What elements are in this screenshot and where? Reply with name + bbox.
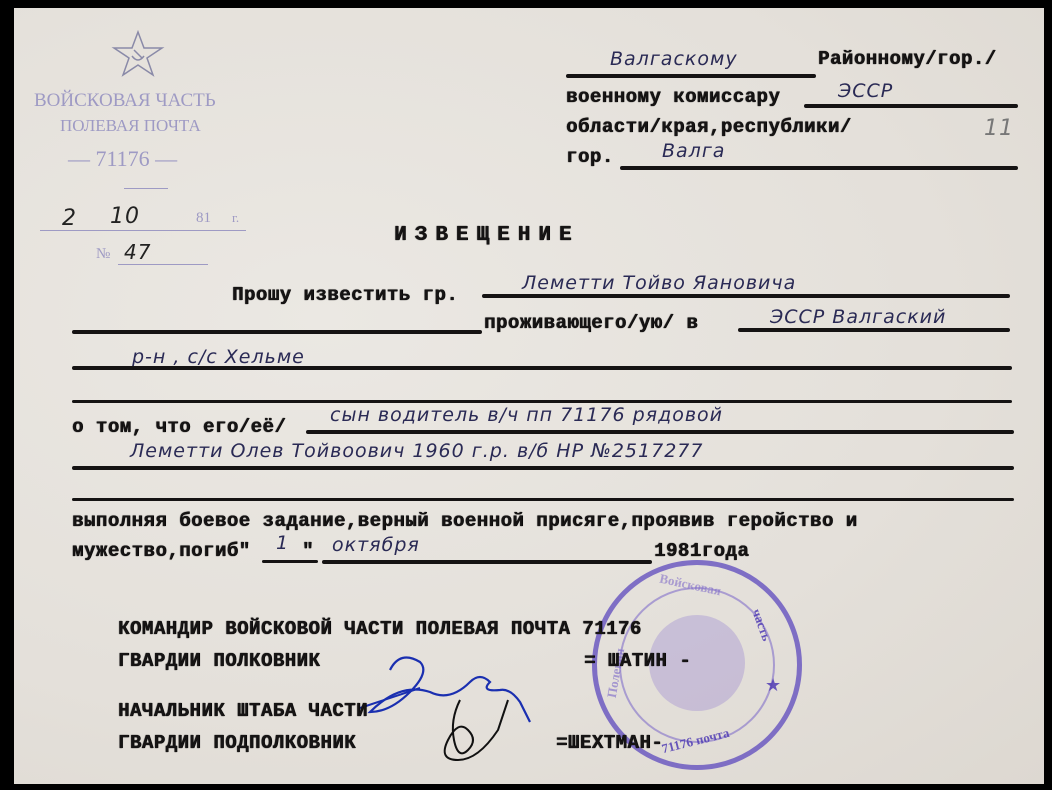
chief-of-staff-signature xyxy=(410,690,530,770)
margin-mark: 11 xyxy=(984,116,1014,141)
red-star-hammer-sickle-icon xyxy=(110,30,166,78)
death-day-handwritten: 1 xyxy=(276,532,289,554)
request-printed: Прошу известить гр. xyxy=(232,284,458,306)
addressee-line1-printed: Районному/гор./ xyxy=(818,48,997,70)
stamp-military-unit: ВОЙСКОВАЯ ЧАСТЬ xyxy=(34,90,216,112)
residing-printed: проживающего/ую/ в xyxy=(484,312,698,334)
addressee-republic-handwritten: ЭССР xyxy=(838,80,893,102)
issue-date-day: 2 xyxy=(62,206,77,231)
soldier-details-handwritten: Леметти Олев Тойвоович 1960 г.р. в/б НР … xyxy=(130,440,703,462)
rule xyxy=(72,330,482,334)
rule xyxy=(72,400,1012,403)
rule xyxy=(72,498,1014,501)
rule xyxy=(620,166,1018,170)
death-day-quote: " xyxy=(302,540,314,562)
death-month-handwritten: октября xyxy=(332,534,420,556)
rule xyxy=(72,466,1014,470)
rule xyxy=(566,74,816,78)
addressee-city-handwritten: Валга xyxy=(662,140,725,162)
district-village-handwritten: р-н , с/с Хельме xyxy=(132,346,305,368)
duty-printed: выполняя боевое задание,верный военной п… xyxy=(72,510,858,532)
document-number: 47 xyxy=(124,240,151,264)
stamp-divider xyxy=(124,188,168,189)
addressee-line2-printed: военному комиссару xyxy=(566,86,780,108)
chief-of-staff-rank: ГВАРДИИ ПОДПОЛКОВНИК xyxy=(118,732,356,754)
chief-of-staff-title: НАЧАЛЬНИК ШТАБА ЧАСТИ xyxy=(118,700,368,722)
addressee-line4-printed: гор. xyxy=(566,146,614,168)
relation-handwritten: сын водитель в/ч пп 71176 рядовой xyxy=(330,404,723,426)
about-printed: о том, что его/её/ xyxy=(72,416,286,438)
residence-handwritten: ЭССР Валгаский xyxy=(770,306,946,328)
stamp-field-post: ПОЛЕВАЯ ПОЧТА xyxy=(60,116,201,136)
rule xyxy=(482,294,1010,298)
addressee-district-handwritten: Валгаскому xyxy=(610,48,738,70)
chief-of-staff-name: =ШЕХТМАН- xyxy=(556,732,663,754)
number-underline xyxy=(118,264,208,265)
issue-date-month: 10 xyxy=(110,204,140,229)
date-underline xyxy=(40,230,246,231)
issue-date-year-suffix: г. xyxy=(232,210,239,226)
rule xyxy=(306,430,1014,434)
stamp-unit-number: — 71176 — xyxy=(68,146,177,172)
commander-name: = ШАТИН - xyxy=(584,650,691,672)
seal-star-icon: ★ xyxy=(765,675,781,696)
rule xyxy=(262,560,318,563)
rule xyxy=(322,560,652,564)
courage-printed: мужество,погиб" xyxy=(72,540,251,562)
document-number-prefix: № xyxy=(96,246,110,263)
rule xyxy=(72,366,1012,370)
document-title: ИЗВЕЩЕНИЕ xyxy=(394,224,579,247)
addressee-line3-printed: области/края,республики/ xyxy=(566,116,852,138)
recipient-name-handwritten: Леметти Тойво Яановича xyxy=(522,272,796,294)
issue-date-year-printed: 81 xyxy=(196,210,211,227)
rule xyxy=(804,104,1018,108)
rule xyxy=(738,328,1010,332)
death-year-printed: 1981года xyxy=(654,540,749,562)
